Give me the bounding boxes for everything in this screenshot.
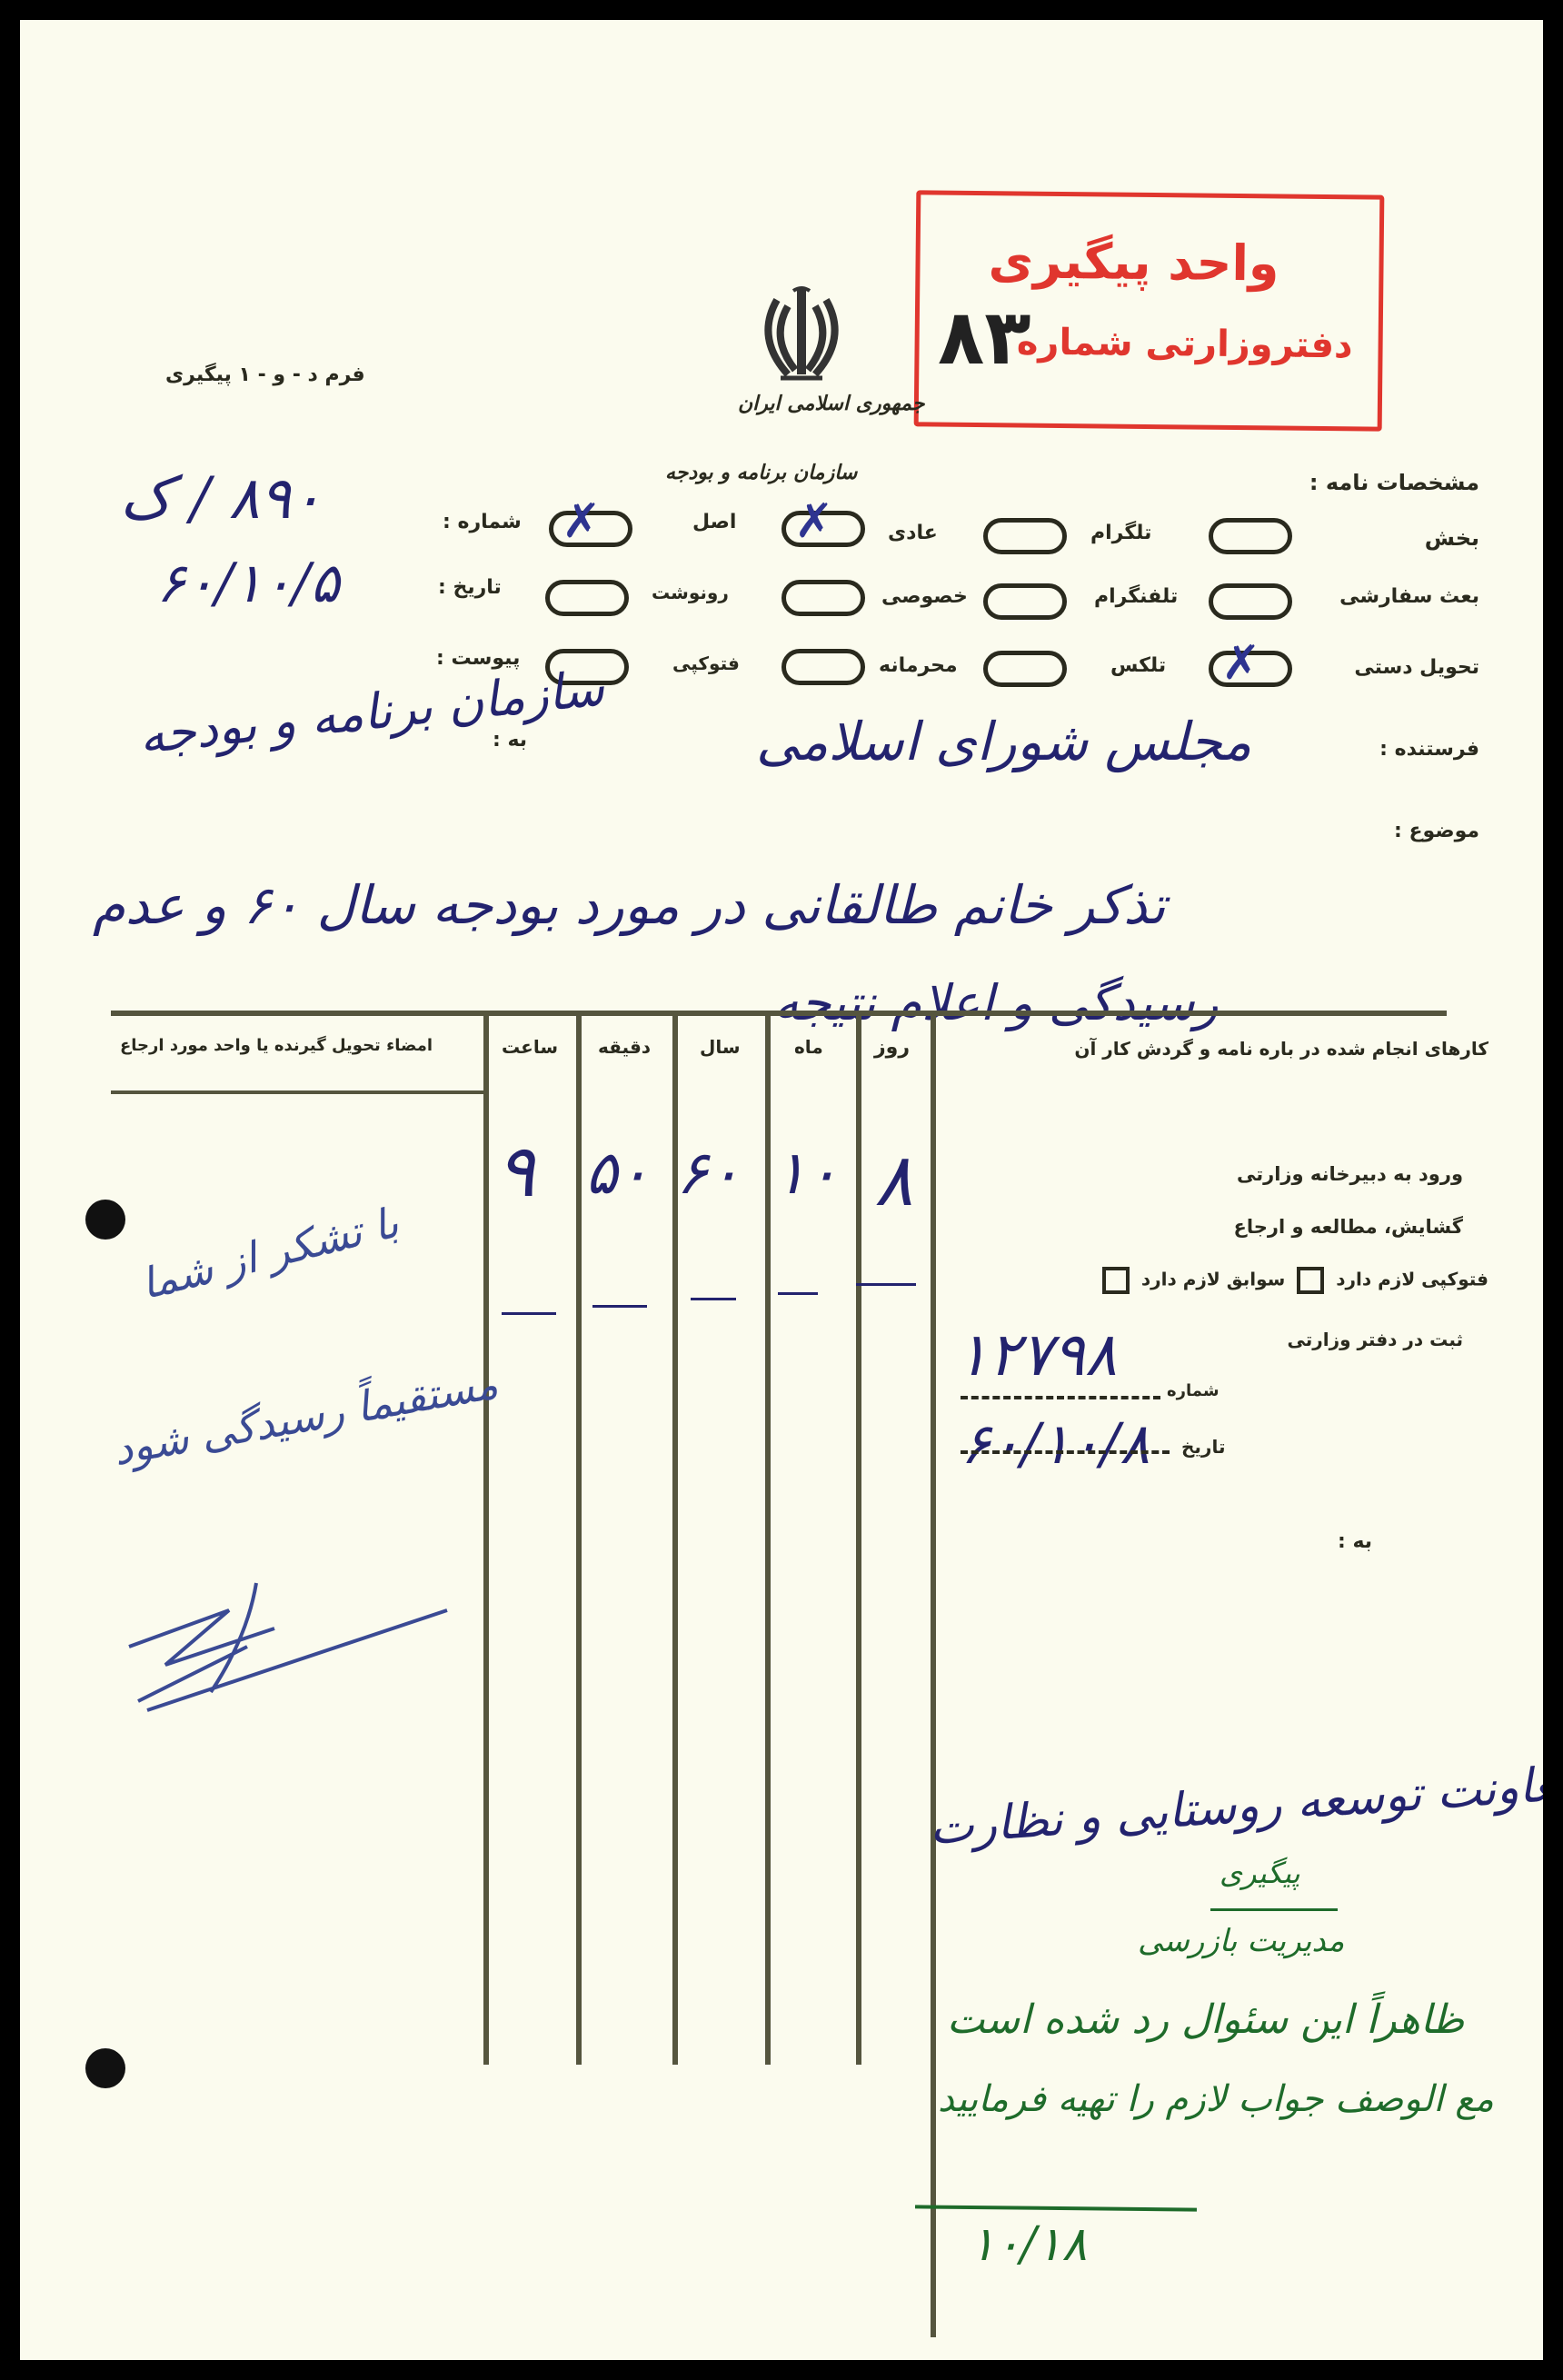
bottom-note-date[interactable]: ۱۰/۱۸ — [970, 2217, 1087, 2272]
form-code: فرم د - و - ۱ پیگیری — [165, 363, 365, 386]
table-top-border — [111, 1011, 1447, 1016]
table-col-divider — [931, 1011, 936, 2337]
subject-line-1[interactable]: تذکر خانم طالقانی در مورد بودجه سال ۶۰ و… — [93, 874, 1166, 936]
header-month: ماه — [794, 1036, 823, 1058]
row-label-hand-delivery: تحویل دستی — [1354, 656, 1479, 679]
option-telegram: تلگرام — [1090, 522, 1151, 544]
header-day: روز — [874, 1036, 910, 1059]
table-col-divider — [856, 1011, 861, 2065]
action-received: ورود به دبیرخانه وزارتی — [1237, 1163, 1463, 1185]
option-photocopy: فتوکپی — [672, 652, 740, 674]
check-mark-telex: ✗ — [1221, 640, 1261, 687]
header-signature: امضاء تحویل گیرنده یا واحد مورد ارجاع — [120, 1036, 433, 1055]
cell-minute[interactable]: ۵۰ — [585, 1138, 650, 1208]
table-header-border — [111, 1090, 483, 1094]
recipient-label: به : — [493, 729, 527, 752]
option-original: اصل — [692, 511, 736, 533]
option-confidential: محرمانه — [879, 654, 958, 677]
action-opened: گشایش، مطالعه و ارجاع — [1234, 1216, 1463, 1238]
checkbox-telegram[interactable] — [1209, 518, 1292, 554]
number-dotted-line — [961, 1396, 1160, 1399]
row-dash — [856, 1283, 916, 1286]
iran-emblem-icon — [761, 284, 842, 388]
row-dash — [502, 1312, 556, 1315]
bottom-note-green-4[interactable]: مع الوصف جواب لازم را تهیه فرمایید — [938, 2078, 1494, 2120]
letter-date-value[interactable]: ۶۰/۱۰/۵ — [156, 552, 340, 615]
cell-year[interactable]: ۶۰ — [676, 1138, 741, 1208]
attachment-label: پیوست : — [436, 647, 520, 670]
checkbox-ordinary[interactable] — [983, 518, 1067, 554]
subject-label: موضوع : — [1394, 820, 1479, 842]
fax-needed-label: فتوکپی لازم دارد — [1336, 1269, 1488, 1290]
cell-hour[interactable]: ۹ — [496, 1129, 535, 1213]
punch-hole-top — [85, 1200, 125, 1240]
organization-name: سازمان برنامه و بودجه — [665, 462, 857, 484]
scanned-form-page: واحد پیگیری دفتروزارتی شماره ۸۳ جمهوری ا… — [20, 20, 1543, 2360]
row-dash — [778, 1292, 818, 1295]
check-mark-original: ✗ — [794, 498, 834, 545]
checkbox-private[interactable] — [983, 583, 1067, 620]
cell-day[interactable]: ۸ — [874, 1138, 913, 1222]
to-label-table: به : — [1338, 1530, 1372, 1553]
fax-needed-checkbox[interactable] — [1297, 1267, 1324, 1294]
header-actions: کارهای انجام شده در باره نامه و گردش کار… — [1074, 1038, 1488, 1060]
table-col-divider — [765, 1011, 771, 2065]
option-telephonegram: تلفنگرام — [1094, 585, 1178, 608]
stamp-number: ۸۳ — [938, 293, 1031, 382]
row-label-registered: بعث سفارشی — [1339, 585, 1479, 608]
checkbox-row: فتوکپی لازم دارد سوابق لازم دارد — [1097, 1267, 1488, 1294]
table-col-divider — [483, 1011, 489, 2065]
option-copy: رونوشت — [652, 582, 729, 603]
green-signature-line — [915, 2205, 1197, 2211]
letter-number-value[interactable]: ۸۹۰ / ک — [120, 465, 323, 533]
stamp-line-2: دفتروزارتی شماره — [1017, 321, 1353, 366]
header-minute: دقیقه — [598, 1036, 651, 1058]
left-note-line-2[interactable]: مستقیماً رسیدگی شود — [110, 1359, 502, 1475]
punch-hole-bottom — [85, 2048, 125, 2088]
date-label-table: تاریخ — [1181, 1436, 1225, 1458]
checkbox-confidential[interactable] — [983, 651, 1067, 687]
checkbox-telephonegram[interactable] — [1209, 583, 1292, 620]
stamp-line-1: واحد پیگیری — [988, 232, 1279, 292]
option-private: خصوصی — [881, 585, 968, 608]
checkbox-photocopy[interactable] — [781, 649, 865, 685]
row-label-section: بخش — [1425, 525, 1479, 551]
header-year: سال — [700, 1036, 741, 1058]
check-mark-ordinary: ✗ — [562, 498, 602, 545]
header-hour: ساعت — [502, 1036, 558, 1058]
date-dotted-line — [961, 1450, 1170, 1454]
records-needed-checkbox[interactable] — [1102, 1267, 1130, 1294]
sender-value[interactable]: مجلس شورای اسلامی — [756, 711, 1251, 772]
registry-number[interactable]: ۱۲۷۹۸ — [956, 1319, 1117, 1389]
bottom-note-green-2[interactable]: مدیریت بازرسی — [1138, 1923, 1344, 1959]
number-label: شماره : — [443, 511, 522, 533]
row-dash — [691, 1298, 736, 1300]
checkbox-blank-2[interactable] — [545, 580, 629, 616]
option-ordinary: عادی — [888, 522, 938, 544]
records-needed-label: سوابق لازم دارد — [1141, 1269, 1286, 1290]
bottom-note-green-1[interactable]: پیگیری — [1220, 1856, 1300, 1890]
registry-label: ثبت در دفتر وزارتی — [1287, 1329, 1463, 1350]
letter-specs-title: مشخصات نامه : — [1309, 470, 1479, 495]
sender-label: فرستنده : — [1379, 738, 1479, 761]
subject-line-2[interactable]: رسیدگی و اعلام نتیجه — [774, 974, 1219, 1031]
signature-mark — [111, 1510, 456, 1719]
green-underline — [1210, 1908, 1338, 1911]
registry-date[interactable]: ۶۰/۱۰/۸ — [961, 1410, 1150, 1477]
recipient-value[interactable]: سازمان برنامه و بودجه — [136, 659, 607, 764]
checkbox-copy[interactable] — [781, 580, 865, 616]
number-label-table: شماره — [1167, 1381, 1220, 1400]
table-col-divider — [576, 1011, 582, 2065]
republic-caption: جمهوری اسلامی ایران — [738, 393, 924, 415]
cell-month[interactable]: ۱۰ — [774, 1138, 839, 1208]
option-telex: تلکس — [1110, 654, 1166, 677]
date-label: تاریخ : — [438, 576, 502, 599]
bottom-note-green-3[interactable]: ظاهراً این سئوال رد شده است — [947, 1997, 1464, 2043]
row-dash — [592, 1305, 647, 1308]
left-note-line-1[interactable]: با تشکر از شما — [136, 1198, 403, 1309]
bottom-note-blue[interactable]: معاونت توسعه روستایی و نظارت — [928, 1756, 1543, 1856]
